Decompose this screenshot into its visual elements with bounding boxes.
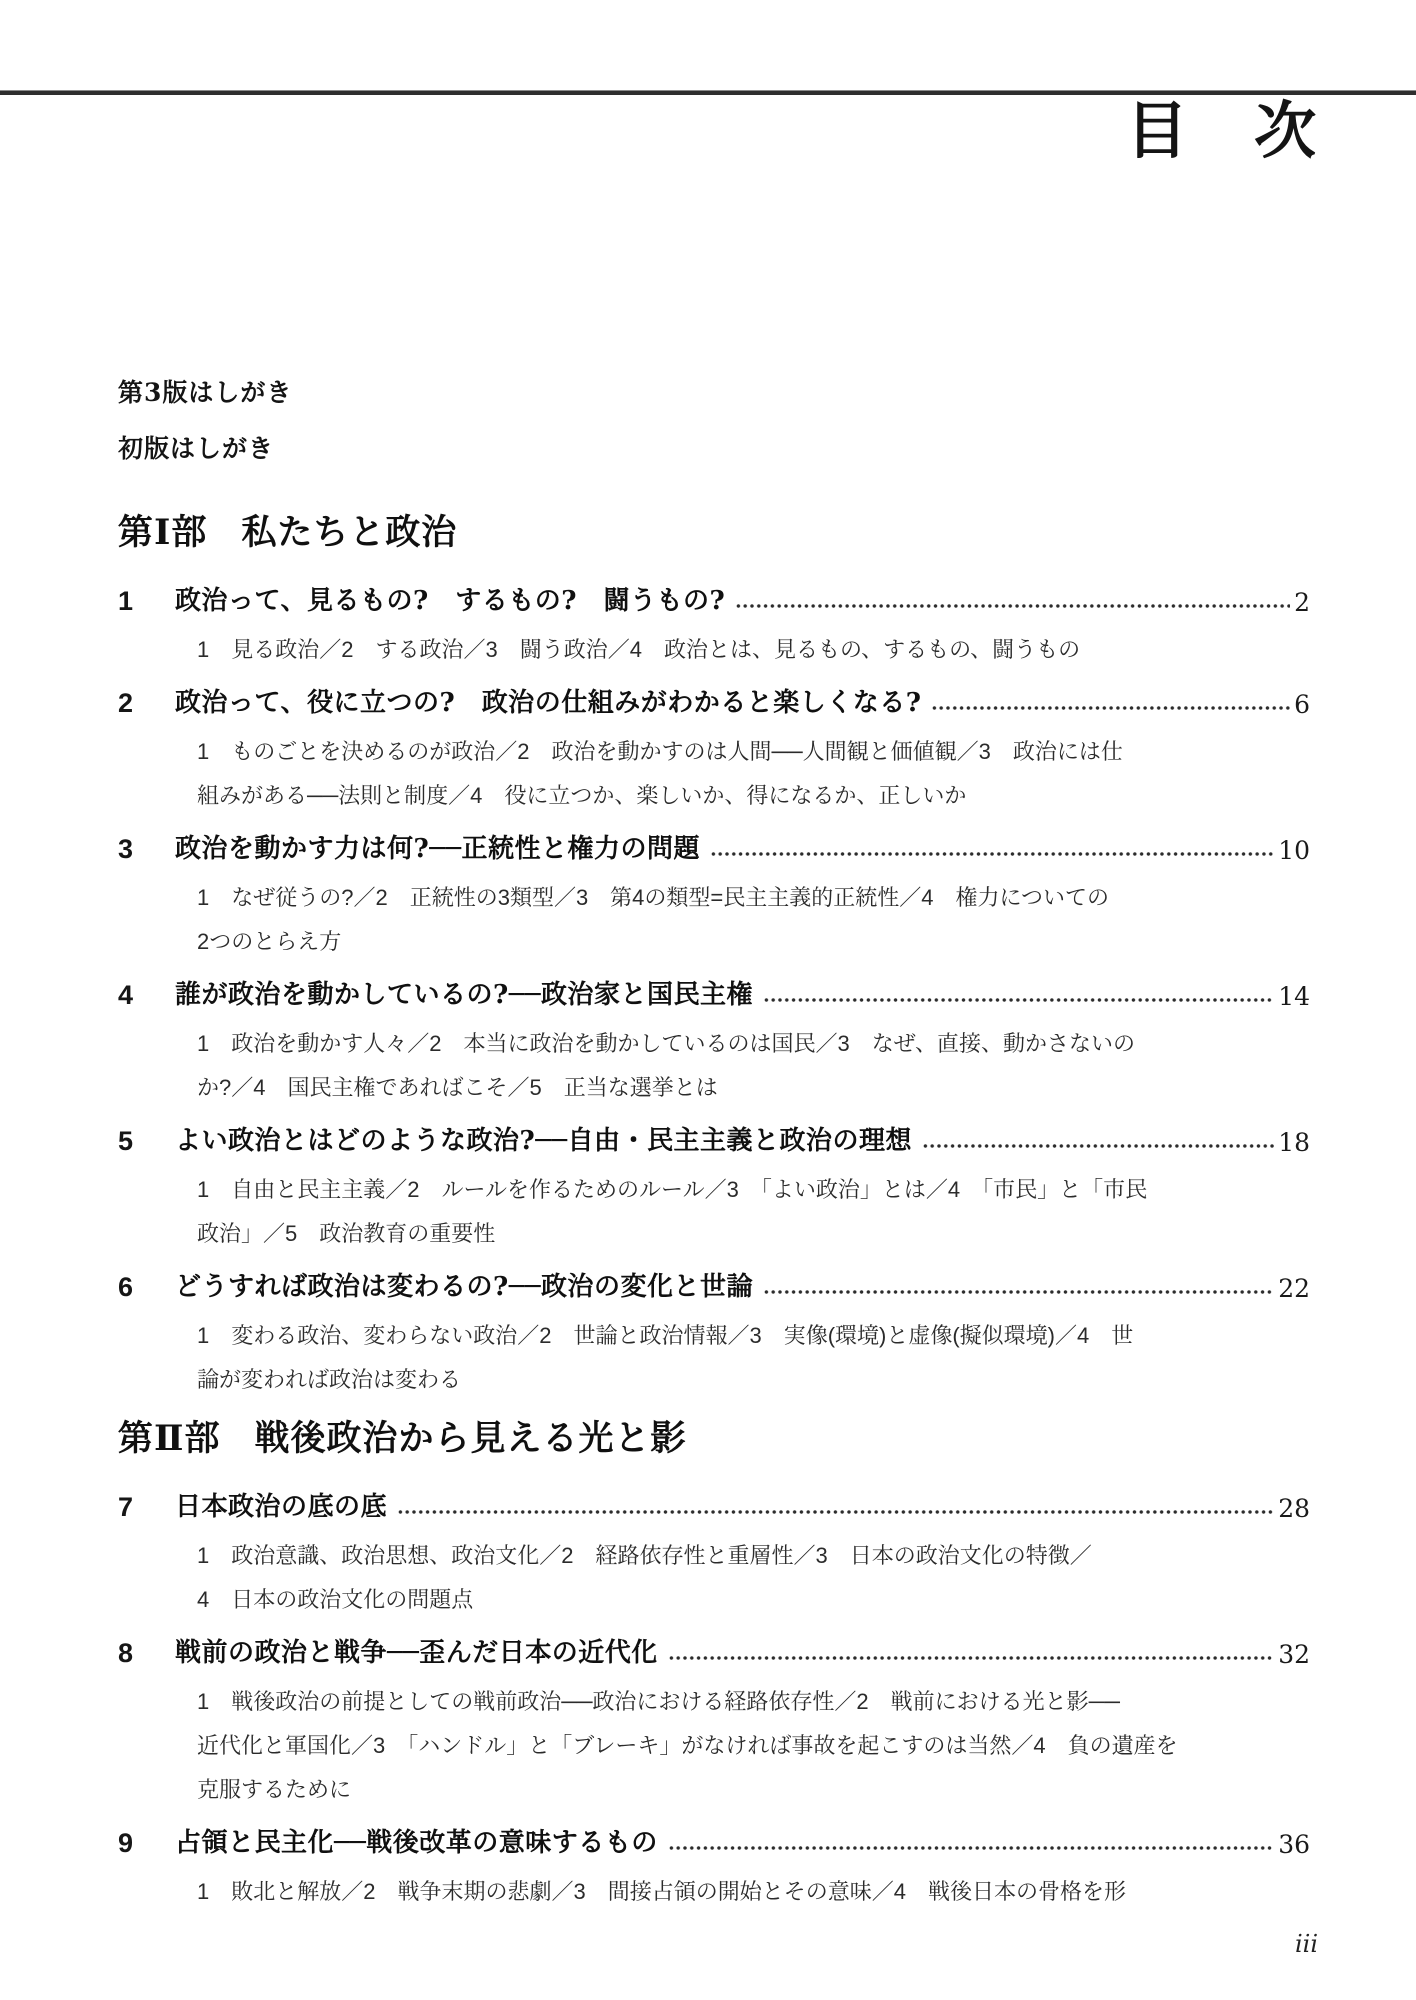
subtopic-line: か?／4 国民主権であればこそ／5 正当な選挙とは bbox=[197, 1066, 1310, 1110]
toc-item-3: 3 政治を動かす力は何?──正統性と権力の問題 10 1 なぜ従うの?／2 正統… bbox=[118, 832, 1310, 964]
chapter-title: 政治を動かす力は何?──正統性と権力の問題 bbox=[175, 832, 700, 866]
subtopic-line: 1 敗北と解放／2 戦争末期の悲劇／3 間接占領の開始とその意味／4 戦後日本の… bbox=[197, 1870, 1310, 1914]
chapter-subtopics: 1 戦後政治の前提としての戦前政治──政治における経路依存性／2 戦前における光… bbox=[197, 1680, 1310, 1812]
subtopic-line: 1 なぜ従うの?／2 正統性の3類型／3 第4の類型=民主主義的正統性／4 権力… bbox=[197, 876, 1310, 920]
chapter-subtopics: 1 なぜ従うの?／2 正統性の3類型／3 第4の類型=民主主義的正統性／4 権力… bbox=[197, 876, 1310, 964]
subtopic-line: 1 政治意識、政治思想、政治文化／2 経路依存性と重層性／3 日本の政治文化の特… bbox=[197, 1534, 1310, 1578]
chapter-title: 誰が政治を動かしているの?──政治家と国民主権 bbox=[175, 978, 753, 1012]
chapter-subtopics: 1 政治意識、政治思想、政治文化／2 経路依存性と重層性／3 日本の政治文化の特… bbox=[197, 1534, 1310, 1622]
chapter-subtopics: 1 自由と民主主義／2 ルールを作るためのルール／3 「よい政治」とは／4 「市… bbox=[197, 1168, 1310, 1256]
toc-item-6: 6 どうすれば政治は変わるの?──政治の変化と世論 22 1 変わる政治、変わら… bbox=[118, 1270, 1310, 1402]
chapter-entry: 政治って、役に立つの? 政治の仕組みがわかると楽しくなる? 6 1 ものごとを決… bbox=[175, 686, 1310, 818]
chapter-title-row: 政治って、見るもの? するもの? 闘うもの? 2 bbox=[175, 584, 1310, 618]
toc-item-4: 4 誰が政治を動かしているの?──政治家と国民主権 14 1 政治を動かす人々／… bbox=[118, 978, 1310, 1110]
folio-page-number: iii bbox=[1295, 1930, 1318, 1958]
part-number: 第Ⅱ部 bbox=[118, 1418, 221, 1459]
chapter-title-row: 日本政治の底の底 28 bbox=[175, 1490, 1310, 1524]
part-2-items: 7 日本政治の底の底 28 1 政治意識、政治思想、政治文化／2 経路依存性と重… bbox=[118, 1490, 1310, 1914]
page-number: 2 bbox=[1294, 588, 1310, 618]
dot-leader bbox=[763, 1287, 1274, 1297]
chapter-subtopics: 1 ものごとを決めるのが政治／2 政治を動かすのは人間──人間観と価値観／3 政… bbox=[197, 730, 1310, 818]
chapter-title-row: どうすれば政治は変わるの?──政治の変化と世論 22 bbox=[175, 1270, 1310, 1304]
chapter-title-row: 政治って、役に立つの? 政治の仕組みがわかると楽しくなる? 6 bbox=[175, 686, 1310, 720]
toc-item-2: 2 政治って、役に立つの? 政治の仕組みがわかると楽しくなる? 6 1 ものごと… bbox=[118, 686, 1310, 818]
subtopic-line: 1 見る政治／2 する政治／3 闘う政治／4 政治とは、見るもの、するもの、闘う… bbox=[197, 628, 1310, 672]
chapter-subtopics: 1 敗北と解放／2 戦争末期の悲劇／3 間接占領の開始とその意味／4 戦後日本の… bbox=[197, 1870, 1310, 1914]
dot-leader bbox=[710, 849, 1274, 859]
dot-leader bbox=[922, 1141, 1274, 1151]
subtopic-line: 1 政治を動かす人々／2 本当に政治を動かしているのは国民／3 なぜ、直接、動か… bbox=[197, 1022, 1310, 1066]
part-1-items: 1 政治って、見るもの? するもの? 闘うもの? 2 1 見る政治／2 する政治… bbox=[118, 584, 1310, 1402]
subtopic-line: 克服するために bbox=[197, 1768, 1310, 1812]
frontmatter-preface-1st-edition: 初版はしがき bbox=[118, 432, 1310, 466]
subtopic-line: 論が変われば政治は変わる bbox=[197, 1358, 1310, 1402]
subtopic-line: 1 変わる政治、変わらない政治／2 世論と政治情報／3 実像(環境)と虚像(擬似… bbox=[197, 1314, 1310, 1358]
toc-item-9: 9 占領と民主化──戦後改革の意味するもの 36 1 敗北と解放／2 戦争末期の… bbox=[118, 1826, 1310, 1914]
toc-item-1: 1 政治って、見るもの? するもの? 闘うもの? 2 1 見る政治／2 する政治… bbox=[118, 584, 1310, 672]
page-number: 28 bbox=[1278, 1494, 1310, 1524]
dot-leader bbox=[931, 703, 1290, 713]
part-title: 戦後政治から見える光と影 bbox=[255, 1418, 687, 1459]
chapter-title: 占領と民主化──戦後改革の意味するもの bbox=[175, 1826, 658, 1860]
dot-leader bbox=[763, 995, 1274, 1005]
page-number: 10 bbox=[1278, 836, 1310, 866]
dot-leader bbox=[735, 601, 1290, 611]
chapter-entry: 戦前の政治と戦争──歪んだ日本の近代化 32 1 戦後政治の前提としての戦前政治… bbox=[175, 1636, 1310, 1812]
chapter-number: 2 bbox=[118, 686, 175, 818]
chapter-entry: 日本政治の底の底 28 1 政治意識、政治思想、政治文化／2 経路依存性と重層性… bbox=[175, 1490, 1310, 1622]
chapter-subtopics: 1 政治を動かす人々／2 本当に政治を動かしているのは国民／3 なぜ、直接、動か… bbox=[197, 1022, 1310, 1110]
chapter-number: 1 bbox=[118, 584, 175, 672]
subtopic-line: 組みがある──法則と制度／4 役に立つか、楽しいか、得になるか、正しいか bbox=[197, 774, 1310, 818]
chapter-title-row: よい政治とはどのような政治?──自由・民主主義と政治の理想 18 bbox=[175, 1124, 1310, 1158]
page-number: 6 bbox=[1294, 690, 1310, 720]
chapter-subtopics: 1 見る政治／2 する政治／3 闘う政治／4 政治とは、見るもの、するもの、闘う… bbox=[197, 628, 1310, 672]
chapter-title-row: 占領と民主化──戦後改革の意味するもの 36 bbox=[175, 1826, 1310, 1860]
toc-content: 第3版はしがき 初版はしがき 第Ⅰ部私たちと政治 1 政治って、見るもの? する… bbox=[118, 376, 1310, 1928]
chapter-title: 政治って、役に立つの? 政治の仕組みがわかると楽しくなる? bbox=[175, 686, 921, 720]
toc-page: 目 次 第3版はしがき 初版はしがき 第Ⅰ部私たちと政治 1 政治って、見るもの… bbox=[0, 0, 1416, 2000]
chapter-number: 3 bbox=[118, 832, 175, 964]
chapter-number: 6 bbox=[118, 1270, 175, 1402]
toc-item-7: 7 日本政治の底の底 28 1 政治意識、政治思想、政治文化／2 経路依存性と重… bbox=[118, 1490, 1310, 1622]
chapter-title: 政治って、見るもの? するもの? 闘うもの? bbox=[175, 584, 725, 618]
chapter-entry: 誰が政治を動かしているの?──政治家と国民主権 14 1 政治を動かす人々／2 … bbox=[175, 978, 1310, 1110]
frontmatter: 第3版はしがき 初版はしがき bbox=[118, 376, 1310, 466]
page-number: 36 bbox=[1278, 1830, 1310, 1860]
subtopic-line: 2つのとらえ方 bbox=[197, 920, 1310, 964]
chapter-number: 7 bbox=[118, 1490, 175, 1622]
part-title: 私たちと政治 bbox=[241, 512, 457, 553]
chapter-entry: どうすれば政治は変わるの?──政治の変化と世論 22 1 変わる政治、変わらない… bbox=[175, 1270, 1310, 1402]
chapter-title: 日本政治の底の底 bbox=[175, 1490, 387, 1524]
frontmatter-preface-3rd-edition: 第3版はしがき bbox=[118, 376, 1310, 410]
part-1-heading: 第Ⅰ部私たちと政治 bbox=[118, 510, 1310, 556]
page-number: 14 bbox=[1278, 982, 1310, 1012]
chapter-title: よい政治とはどのような政治?──自由・民主主義と政治の理想 bbox=[175, 1124, 912, 1158]
page-number: 22 bbox=[1278, 1274, 1310, 1304]
chapter-title: 戦前の政治と戦争──歪んだ日本の近代化 bbox=[175, 1636, 658, 1670]
chapter-entry: 政治を動かす力は何?──正統性と権力の問題 10 1 なぜ従うの?／2 正統性の… bbox=[175, 832, 1310, 964]
page-number: 18 bbox=[1278, 1128, 1310, 1158]
chapter-number: 4 bbox=[118, 978, 175, 1110]
dot-leader bbox=[668, 1653, 1274, 1663]
chapter-title-row: 政治を動かす力は何?──正統性と権力の問題 10 bbox=[175, 832, 1310, 866]
subtopic-line: 1 ものごとを決めるのが政治／2 政治を動かすのは人間──人間観と価値観／3 政… bbox=[197, 730, 1310, 774]
chapter-entry: よい政治とはどのような政治?──自由・民主主義と政治の理想 18 1 自由と民主… bbox=[175, 1124, 1310, 1256]
part-number: 第Ⅰ部 bbox=[118, 512, 207, 553]
chapter-title: どうすれば政治は変わるの?──政治の変化と世論 bbox=[175, 1270, 753, 1304]
subtopic-line: 4 日本の政治文化の問題点 bbox=[197, 1578, 1310, 1622]
page-title: 目 次 bbox=[1126, 92, 1318, 170]
dot-leader bbox=[668, 1843, 1274, 1853]
subtopic-line: 政治」／5 政治教育の重要性 bbox=[197, 1212, 1310, 1256]
chapter-number: 9 bbox=[118, 1826, 175, 1914]
toc-item-8: 8 戦前の政治と戦争──歪んだ日本の近代化 32 1 戦後政治の前提としての戦前… bbox=[118, 1636, 1310, 1812]
chapter-number: 8 bbox=[118, 1636, 175, 1812]
part-2-heading: 第Ⅱ部戦後政治から見える光と影 bbox=[118, 1416, 1310, 1462]
chapter-title-row: 誰が政治を動かしているの?──政治家と国民主権 14 bbox=[175, 978, 1310, 1012]
part-2-section: 第Ⅱ部戦後政治から見える光と影 7 日本政治の底の底 28 1 政治意識、政治思… bbox=[118, 1416, 1310, 1914]
dot-leader bbox=[397, 1507, 1274, 1517]
chapter-title-row: 戦前の政治と戦争──歪んだ日本の近代化 32 bbox=[175, 1636, 1310, 1670]
chapter-number: 5 bbox=[118, 1124, 175, 1256]
subtopic-line: 1 自由と民主主義／2 ルールを作るためのルール／3 「よい政治」とは／4 「市… bbox=[197, 1168, 1310, 1212]
chapter-subtopics: 1 変わる政治、変わらない政治／2 世論と政治情報／3 実像(環境)と虚像(擬似… bbox=[197, 1314, 1310, 1402]
chapter-entry: 占領と民主化──戦後改革の意味するもの 36 1 敗北と解放／2 戦争末期の悲劇… bbox=[175, 1826, 1310, 1914]
part-1-section: 第Ⅰ部私たちと政治 1 政治って、見るもの? するもの? 闘うもの? 2 1 見… bbox=[118, 510, 1310, 1402]
subtopic-line: 近代化と軍国化／3 「ハンドル」と「ブレーキ」がなければ事故を起こすのは当然／4… bbox=[197, 1724, 1310, 1768]
toc-item-5: 5 よい政治とはどのような政治?──自由・民主主義と政治の理想 18 1 自由と… bbox=[118, 1124, 1310, 1256]
page-number: 32 bbox=[1278, 1640, 1310, 1670]
subtopic-line: 1 戦後政治の前提としての戦前政治──政治における経路依存性／2 戦前における光… bbox=[197, 1680, 1310, 1724]
chapter-entry: 政治って、見るもの? するもの? 闘うもの? 2 1 見る政治／2 する政治／3… bbox=[175, 584, 1310, 672]
